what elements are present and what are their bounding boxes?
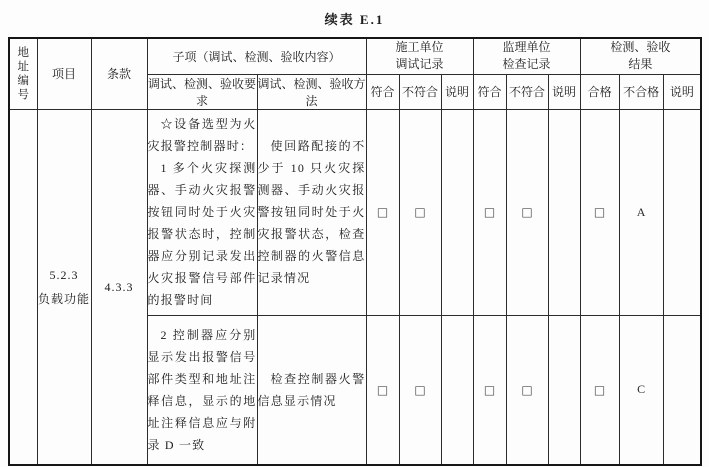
result-unqualified-category-row2: C [619, 315, 663, 465]
result-qualified-checkbox-row1: □ [580, 109, 619, 315]
construction-nonconform-checkbox-row1: □ [399, 109, 441, 315]
inspection-record-table: 地址编号 项目 条款 子项（调试、检测、验收内容） 施工单位 调试记录 监理单位… [8, 37, 702, 466]
header-construction-line2: 调试记录 [367, 56, 473, 73]
result-unqualified-category-row1: A [619, 109, 663, 315]
header-result-unqualified: 不合格 [619, 74, 663, 109]
cell-method-row1: 使回路配接的不少于 10 只火灾探测器、手动火灾报警按钮同时处于火灾报警状态，检… [257, 109, 366, 315]
header-supervision-conform: 符合 [473, 74, 506, 109]
header-supervision-unit: 监理单位 检查记录 [473, 38, 580, 74]
result-qualified-checkbox-row2: □ [580, 315, 619, 465]
cell-item: 5.2.3 负载功能 [37, 109, 91, 465]
cell-address-no [9, 109, 37, 465]
header-supervision-note: 说明 [548, 74, 580, 109]
supervision-nonconform-checkbox-row1: □ [506, 109, 548, 315]
item-number: 5.2.3 [38, 263, 91, 287]
header-item: 项目 [37, 38, 91, 109]
header-result-line2: 结果 [581, 56, 701, 73]
header-construction-nonconform: 不符合 [399, 74, 441, 109]
header-construction-line1: 施工单位 [367, 39, 473, 56]
result-note-cell-row2 [663, 315, 701, 465]
supervision-conform-checkbox-row1: □ [473, 109, 506, 315]
header-result-line1: 检测、验收 [581, 39, 701, 56]
header-method: 调试、检测、验收方法 [257, 74, 366, 109]
supervision-conform-checkbox-row2: □ [473, 315, 506, 465]
header-supervision-line2: 检查记录 [474, 56, 580, 73]
header-construction-conform: 符合 [366, 74, 399, 109]
result-note-cell-row1 [663, 109, 701, 315]
construction-conform-checkbox-row2: □ [366, 315, 399, 465]
header-result-qualified: 合格 [580, 74, 619, 109]
construction-conform-checkbox-row1: □ [366, 109, 399, 315]
construction-note-cell-row1 [441, 109, 473, 315]
requirement-row1-para2: 1 多个火灾探测器、手动火灾报警按钮同时处于火灾报警状态时，控制器应分别记录发出… [148, 157, 257, 311]
cell-clause: 4.3.3 [91, 109, 147, 465]
header-address-no: 地址编号 [9, 38, 37, 109]
requirement-row2-para1: 2 控制器应分别显示发出报警信号部件类型和地址注释信息，显示的地址注释信息应与附… [148, 324, 257, 456]
header-construction-unit: 施工单位 调试记录 [366, 38, 473, 74]
scanned-page: 续表 E.1 地址编号 项目 条款 子项（调试、检测、验收内容） 施工单位 调试… [0, 0, 709, 466]
header-supervision-line1: 监理单位 [474, 39, 580, 56]
header-address-no-label: 地址编号 [17, 46, 30, 102]
header-subitem: 子项（调试、检测、验收内容） [147, 38, 366, 74]
supervision-note-cell-row2 [548, 315, 580, 465]
cell-method-row2: 检查控制器火警信息显示情况 [257, 315, 366, 465]
header-result: 检测、验收 结果 [580, 38, 701, 74]
method-row1-para1: 使回路配接的不少于 10 只火灾探测器、手动火灾报警按钮同时处于火灾报警状态，检… [258, 135, 366, 289]
header-result-note: 说明 [663, 74, 701, 109]
requirement-row1-para1: ☆设备选型为火灾报警控制器时： [148, 113, 257, 157]
table-title: 续表 E.1 [0, 9, 709, 28]
method-row2-para1: 检查控制器火警信息显示情况 [258, 368, 366, 412]
header-construction-note: 说明 [441, 74, 473, 109]
header-supervision-nonconform: 不符合 [506, 74, 548, 109]
header-clause: 条款 [91, 38, 147, 109]
supervision-nonconform-checkbox-row2: □ [506, 315, 548, 465]
header-req: 调试、检测、验收要求 [147, 74, 257, 109]
item-name: 负载功能 [38, 287, 91, 311]
supervision-note-cell-row1 [548, 109, 580, 315]
cell-requirement-row1: ☆设备选型为火灾报警控制器时： 1 多个火灾探测器、手动火灾报警按钮同时处于火灾… [147, 109, 257, 315]
construction-nonconform-checkbox-row2: □ [399, 315, 441, 465]
construction-note-cell-row2 [441, 315, 473, 465]
cell-requirement-row2: 2 控制器应分别显示发出报警信号部件类型和地址注释信息，显示的地址注释信息应与附… [147, 315, 257, 465]
